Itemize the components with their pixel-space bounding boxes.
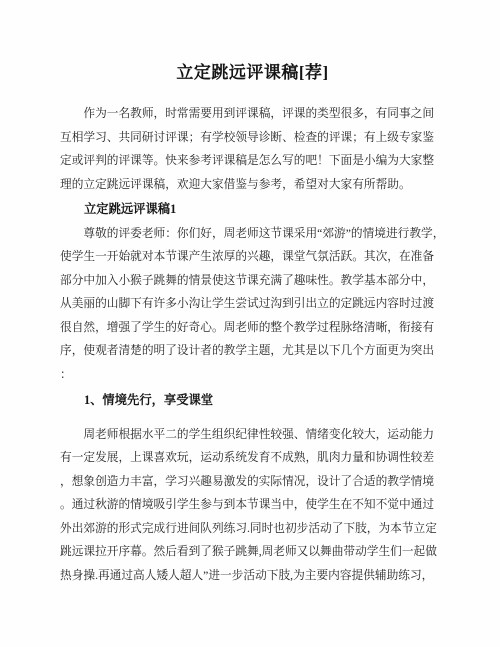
intro-paragraph: 作为一名教师，时常需要用到评课稿，评课的类型很多，有同事之间 互相学习、共同研讨… [60, 102, 445, 196]
evaluation-opening-paragraph: 尊敬的评委老师：你们好，周老师这节课采用“郊游”的情境进行教学， 使学生一开始就… [60, 222, 445, 387]
point1-body-paragraph: 周老师根据水平二的学生组织纪律性较强、情绪变化较大，运动能力 有一定发展，上课喜… [60, 423, 445, 588]
point1-heading: 1、情境先行，享受课堂 [60, 389, 445, 413]
section-heading: 立定跳远评课稿1 [60, 198, 445, 222]
document-page: 立定跳远评课稿[荐] 作为一名教师，时常需要用到评课稿，评课的类型很多，有同事之… [0, 0, 500, 647]
document-title: 立定跳远评课稿[荐] [60, 60, 445, 86]
